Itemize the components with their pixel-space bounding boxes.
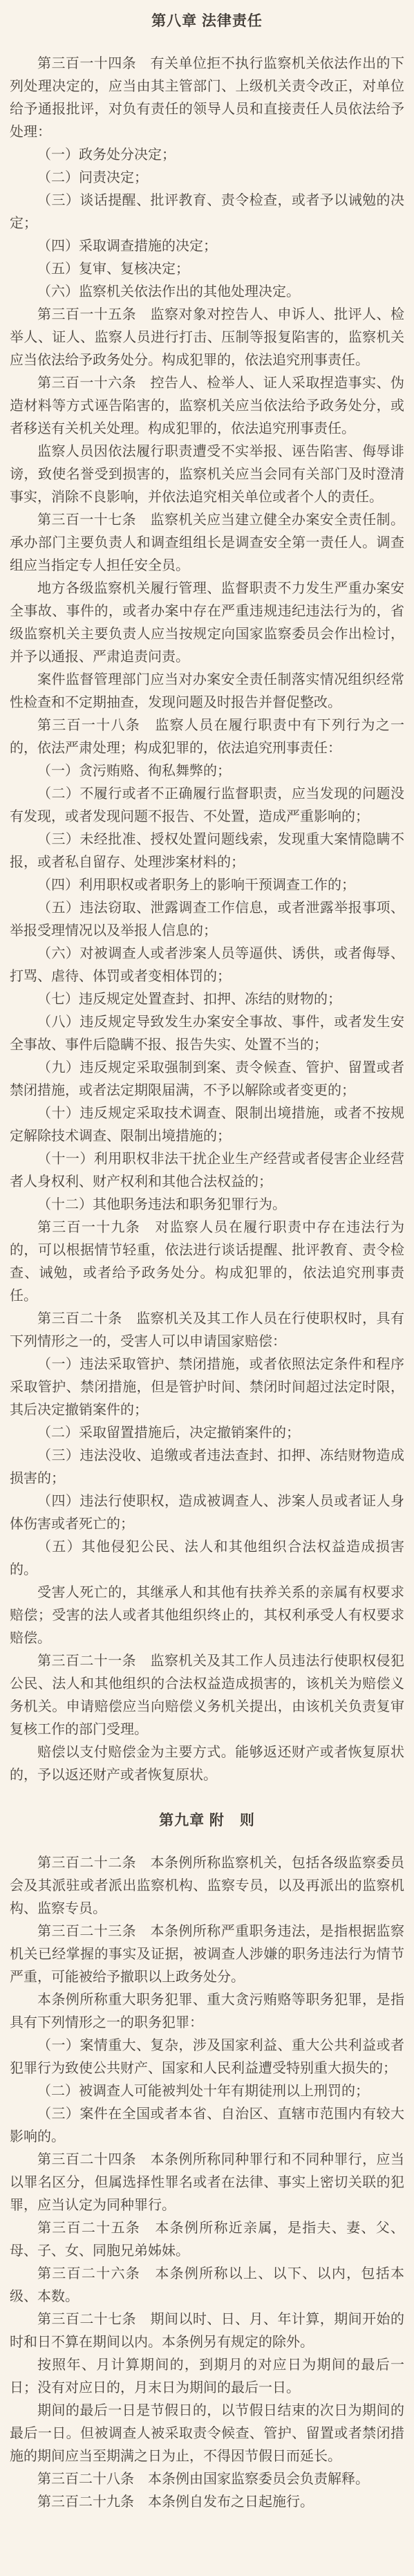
paragraph: （十二）其他职务违法和职务犯罪行为。 [10,1194,404,1216]
paragraph: （一）政务处分决定； [10,144,404,167]
paragraph: （一）案情重大、复杂，涉及国家利益、重大公共利益或者犯罪行为致使公共财产、国家和… [10,2035,404,2080]
paragraph: （三）违法没收、追缴或者违法查封、扣押、冻结财物造成损害的； [10,1445,404,1490]
paragraph: （八）违反规定导致发生办案安全事故、事件，或者发生安全事故、事件后隐瞒不报、报告… [10,1011,404,1057]
paragraph: 第三百二十七条 期间以时、日、月、年计算，期间开始的时和日不算在期间以内。本条例… [10,2308,404,2354]
paragraph: 本条例所称重大职务犯罪、重大贪污贿赂等职务犯罪，是指具有下列情形之一的职务犯罪： [10,1989,404,2035]
document-page: { "page": { "background_color": "#f9f3ea… [0,0,414,2576]
chapter-title: 第九章 附 则 [10,1810,404,1831]
paragraph: 第三百一十七条 监察机关应当建立健全办案安全责任制。承办部门主要负责人和调查组组… [10,509,404,577]
paragraph: 第三百一十八条 监察人员在履行职责中有下列行为之一的，依法严肃处理；构成犯罪的，… [10,714,404,760]
paragraph: （七）违反规定处置查封、扣押、冻结的财物的； [10,988,404,1011]
paragraph: （十）违反规定采取技术调查、限制出境措施，或者不按规定解除技术调查、限制出境措施… [10,1102,404,1148]
paragraph: 期间的最后一日是节假日的，以节假日结束的次日为期间的最后一日。但被调查人被采取责… [10,2400,404,2468]
paragraph: （六）对被调查人或者涉案人员等逼供、诱供，或者侮辱、打骂、虐待、体罚或者变相体罚… [10,943,404,988]
paragraph: 第三百二十五条 本条例所称近亲属，是指夫、妻、父、母、子、女、同胞兄弟姊妹。 [10,2217,404,2263]
paragraph: （二）被调查人可能被判处十年有期徒刑以上刑罚的； [10,2080,404,2103]
paragraph: 受害人死亡的，其继承人和其他有扶养关系的亲属有权要求赔偿；受害的法人或者其他组织… [10,1582,404,1650]
paragraph: （三）谈话提醒、批评教育、责令检查，或者予以诫勉的决定； [10,189,404,235]
paragraph: （一）违法采取管护、禁闭措施，或者依照法定条件和程序采取管护、禁闭措施，但是管护… [10,1353,404,1422]
paragraph: （三）未经批准、授权处置问题线索，发现重大案情隐瞒不报，或者私自留存、处理涉案材… [10,828,404,874]
paragraph: （二）问责决定； [10,167,404,189]
paragraph: 第三百二十四条 本条例所称同种罪行和不同种罪行，应当以罪名区分，但属选择性罪名或… [10,2149,404,2217]
paragraph: 第三百一十五条 监察对象对控告人、申诉人、批评人、检举人、证人、监察人员进行打击… [10,304,404,372]
paragraph: （九）违反规定采取强制到案、责令候查、管护、留置或者禁闭措施，或者法定期限届满，… [10,1057,404,1102]
chapter-title: 第八章 法律责任 [10,11,404,32]
paragraph: 第三百一十九条 对监察人员在履行职责中存在违法行为的，可以根据情节轻重，依法进行… [10,1216,404,1308]
paragraph: （一）贪污贿赂、徇私舞弊的； [10,760,404,783]
paragraph: （五）复审、复核决定； [10,258,404,281]
paragraph: 第三百二十九条 本条例自发布之日起施行。 [10,2491,404,2514]
paragraph: 监察人员因依法履行职责遭受不实举报、诬告陷害、侮辱诽谤，致使名誉受到损害的，监察… [10,441,404,509]
paragraph: 地方各级监察机关履行管理、监督职责不力发生严重办案安全事故、事件的，或者办案中存… [10,577,404,669]
paragraph: 第三百二十一条 监察机关及其工作人员违法行使职权侵犯公民、法人和其他组织的合法权… [10,1650,404,1741]
paragraph: （五）违法窃取、泄露调查工作信息，或者泄露举报事项、举报受理情况以及举报人信息的… [10,897,404,943]
paragraph: 第三百二十六条 本条例所称以上、以下、以内，包括本级、本数。 [10,2263,404,2308]
paragraph: 按照年、月计算期间的，到期月的对应日为期间的最后一日；没有对应日的，月末日为期间… [10,2354,404,2400]
paragraph: （四）违法行使职权，造成被调查人、涉案人员或者证人身体伤害或者死亡的； [10,1490,404,1536]
paragraph: 第三百一十六条 控告人、检举人、证人采取捏造事实、伪造材料等方式诬告陷害的，监察… [10,372,404,441]
paragraph: 第三百一十四条 有关单位拒不执行监察机关依法作出的下列处理决定的，应当由其主管部… [10,53,404,144]
paragraph: （三）案件在全国或者本省、自治区、直辖市范围内有较大影响的。 [10,2103,404,2149]
paragraph: 案件监督管理部门应当对办案安全责任制落实情况组织经常性检查和不定期抽查，发现问题… [10,669,404,714]
paragraph: 第三百二十八条 本条例由国家监察委员会负责解释。 [10,2468,404,2491]
paragraph: （十一）利用职权非法干扰企业生产经营或者侵害企业经营者人身权利、财产权利和其他合… [10,1148,404,1194]
paragraph: 赔偿以支付赔偿金为主要方式。能够返还财产或者恢复原状的，予以返还财产或者恢复原状… [10,1741,404,1787]
paragraph: 第三百二十条 监察机关及其工作人员在行使职权时，具有下列情形之一的，受害人可以申… [10,1308,404,1353]
paragraph: （四）采取调查措施的决定； [10,235,404,258]
paragraph: （二）采取留置措施后，决定撤销案件的； [10,1422,404,1445]
paragraph: 第三百二十二条 本条例所称监察机关，包括各级监察委员会及其派驻或者派出监察机构、… [10,1852,404,1920]
paragraph: （二）不履行或者不正确履行监督职责，应当发现的问题没有发现，或者发现问题不报告、… [10,783,404,828]
paragraph: （五）其他侵犯公民、法人和其他组织合法权益造成损害的。 [10,1536,404,1582]
paragraph: （六）监察机关依法作出的其他处理决定。 [10,281,404,304]
paragraph: （四）利用职权或者职务上的影响干预调查工作的； [10,874,404,897]
legal-document-body: 第八章 法律责任第三百一十四条 有关单位拒不执行监察机关依法作出的下列处理决定的… [0,0,414,2576]
paragraph: 第三百二十三条 本条例所称严重职务违法，是指根据监察机关已经掌握的事实及证据，被… [10,1920,404,1989]
